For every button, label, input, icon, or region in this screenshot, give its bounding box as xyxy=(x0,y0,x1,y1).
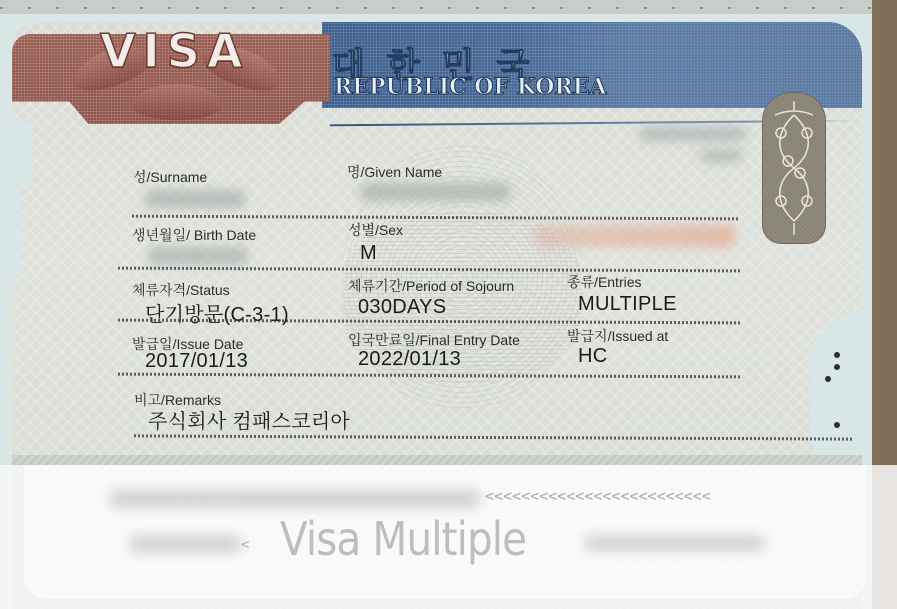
perforation-hole xyxy=(834,422,840,428)
surname-label: 성/Surname xyxy=(133,167,207,187)
given-name-value-redacted xyxy=(360,183,510,201)
perforation-hole xyxy=(825,376,831,382)
period-of-sojourn-label: 체류기간/Period of Sojourn xyxy=(348,276,514,296)
entries-value: MULTIPLE xyxy=(578,293,677,316)
status-label: 체류자격/Status xyxy=(132,280,230,300)
perforation-holes xyxy=(830,352,850,432)
traditional-ornament-icon xyxy=(763,93,825,243)
sex-label: 성별/Sex xyxy=(348,220,403,240)
sticker-edge-notch xyxy=(12,122,44,332)
mrz-line2-filler: < xyxy=(241,537,249,553)
mrz-line2-redacted-start xyxy=(130,535,240,553)
redacted-visa-number xyxy=(640,127,745,141)
final-entry-date-value: 2022/01/13 xyxy=(358,348,461,371)
given-name-label: 명/Given Name xyxy=(347,162,442,182)
entries-label: 종류/Entries xyxy=(567,272,642,292)
redacted-serial-number xyxy=(535,225,735,247)
mrz-line1-fillers: <<<<<<<<<<<<<<<<<<<<<<<<< xyxy=(485,487,711,505)
remarks-value: 주식회사 컴패스코리아 xyxy=(148,405,350,434)
status-value: 단기방문(C-3-1) xyxy=(145,298,289,327)
perforation-hole xyxy=(834,364,840,370)
birth-date-value-redacted xyxy=(148,247,248,265)
final-entry-date-label: 입국만료일/Final Entry Date xyxy=(348,330,520,350)
sex-value: M xyxy=(360,242,377,265)
issue-date-value: 2017/01/13 xyxy=(145,350,248,373)
issued-at-value: HC xyxy=(578,345,608,368)
mrz-line2-redacted-end xyxy=(585,535,765,551)
visa-title: VISA xyxy=(100,24,249,78)
birth-date-label: 생년월일/ Birth Date xyxy=(132,225,256,245)
country-name-english: REPUBLIC OF KOREA xyxy=(334,74,607,100)
perforation-hole xyxy=(834,352,840,358)
mrz-line1-redacted xyxy=(110,490,480,508)
issued-at-label: 발급지/Issued at xyxy=(567,326,668,346)
period-of-sojourn-value: 030DAYS xyxy=(358,296,446,319)
caption-text: Visa Multiple xyxy=(280,512,526,566)
redacted-visa-code xyxy=(700,150,742,162)
surname-value-redacted xyxy=(145,190,245,208)
leaf-ornament xyxy=(132,84,222,120)
page-stitching xyxy=(0,7,872,9)
